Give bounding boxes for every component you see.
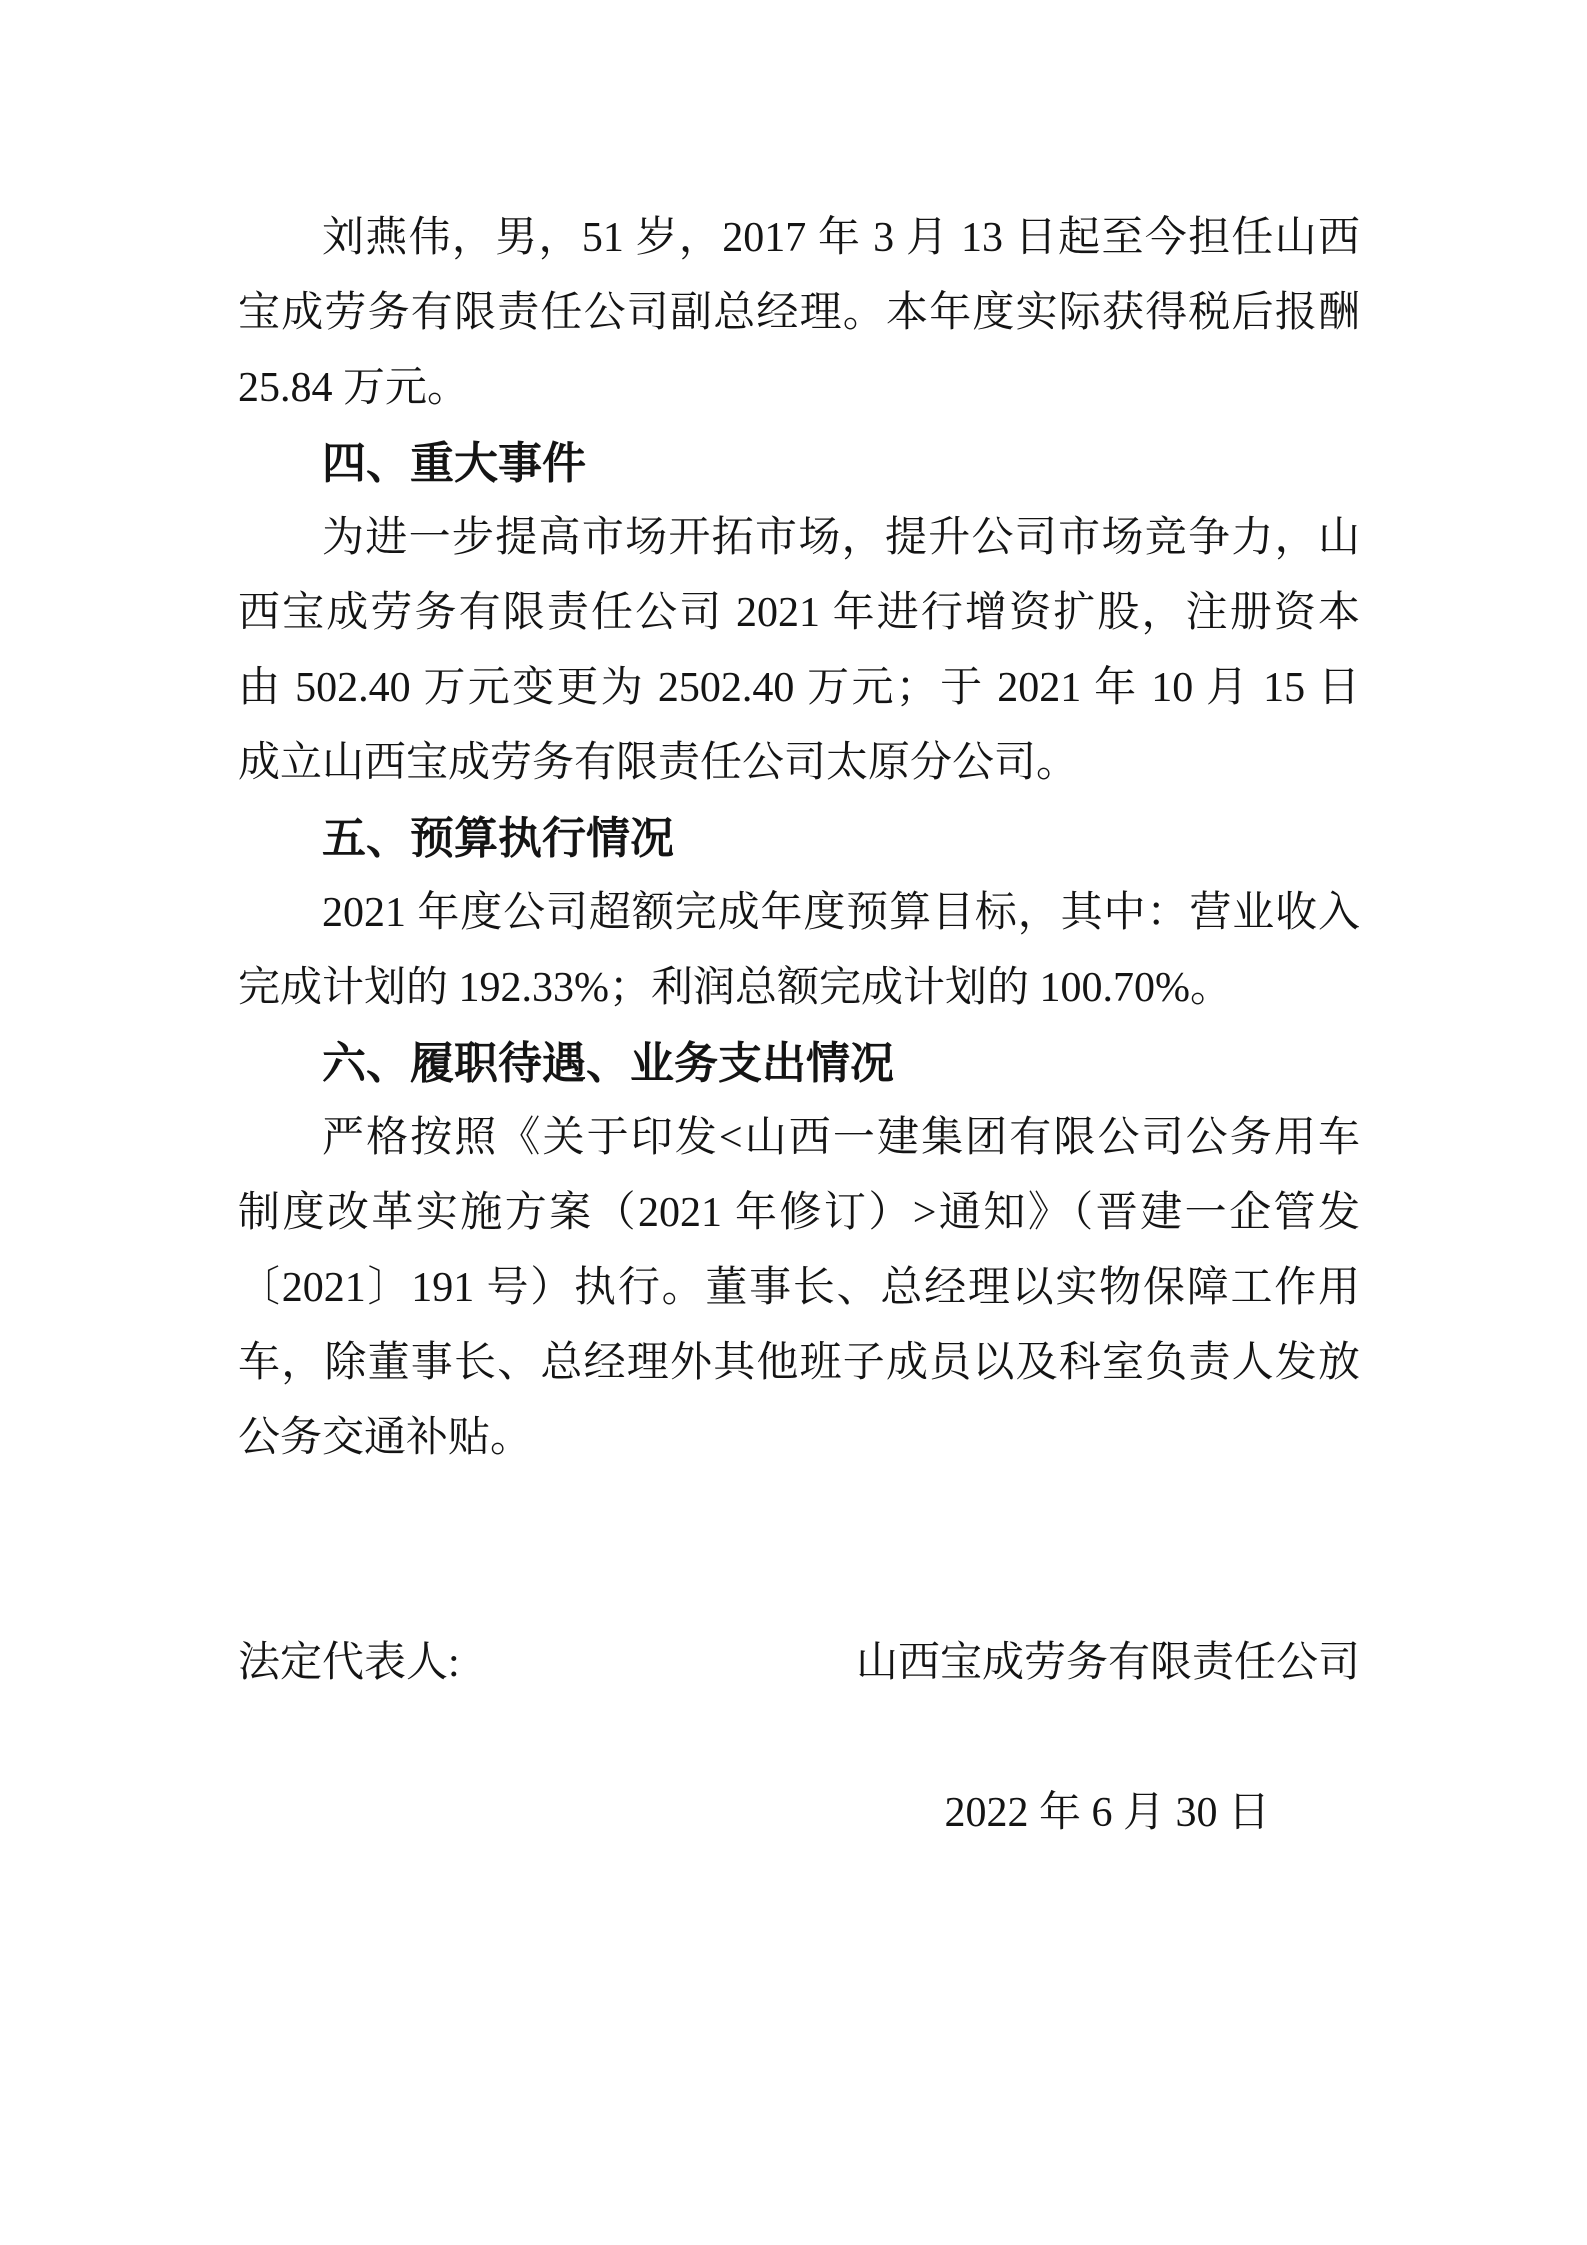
document-text-block: 刘燕伟，男，51 岁，2017 年 3 月 13 日起至今担任山西 宝成劳务有限… [238,201,1360,1851]
legal-representative-label: 法定代表人: [238,1626,460,1701]
paragraph-liu-yanwei-line-3: 25.84 万元。 [238,351,1360,426]
paragraph-liu-yanwei-line-1: 刘燕伟，男，51 岁，2017 年 3 月 13 日起至今担任山西 [238,201,1360,276]
company-name: 山西宝成劳务有限责任公司 [856,1626,1360,1701]
paragraph-major-events-line-2: 西宝成劳务有限责任公司 2021 年进行增资扩股，注册资本 [238,576,1360,651]
paragraph-liu-yanwei-line-2: 宝成劳务有限责任公司副总经理。本年度实际获得税后报酬 [238,276,1360,351]
document-date: 2022 年 6 月 30 日 [238,1776,1360,1851]
paragraph-duty-benefits-line-4: 车，除董事长、总经理外其他班子成员以及科室负责人发放 [238,1326,1360,1401]
paragraph-duty-benefits-line-2: 制度改革实施方案（2021 年修订）>通知》（晋建一企管发 [238,1176,1360,1251]
paragraph-duty-benefits-line-5: 公务交通补贴。 [238,1401,1360,1476]
paragraph-major-events-line-1: 为进一步提高市场开拓市场，提升公司市场竞争力，山 [238,501,1360,576]
section-heading-duty-benefits: 六、履职待遇、业务支出情况 [238,1026,1360,1101]
paragraph-duty-benefits-line-3: 〔2021〕191 号）执行。董事长、总经理以实物保障工作用 [238,1251,1360,1326]
paragraph-duty-benefits-line-1: 严格按照《关于印发<山西一建集团有限公司公务用车 [238,1101,1360,1176]
signature-row: 法定代表人: 山西宝成劳务有限责任公司 [238,1626,1360,1701]
document-page: 刘燕伟，男，51 岁，2017 年 3 月 13 日起至今担任山西 宝成劳务有限… [0,0,1587,2245]
paragraph-major-events-line-4: 成立山西宝成劳务有限责任公司太原分公司。 [238,726,1360,801]
paragraph-budget-line-1: 2021 年度公司超额完成年度预算目标，其中：营业收入 [238,876,1360,951]
paragraph-budget-line-2: 完成计划的 192.33%；利润总额完成计划的 100.70%。 [238,951,1360,1026]
section-heading-major-events: 四、重大事件 [238,426,1360,501]
section-heading-budget-execution: 五、预算执行情况 [238,801,1360,876]
paragraph-major-events-line-3: 由 502.40 万元变更为 2502.40 万元；于 2021 年 10 月 … [238,651,1360,726]
